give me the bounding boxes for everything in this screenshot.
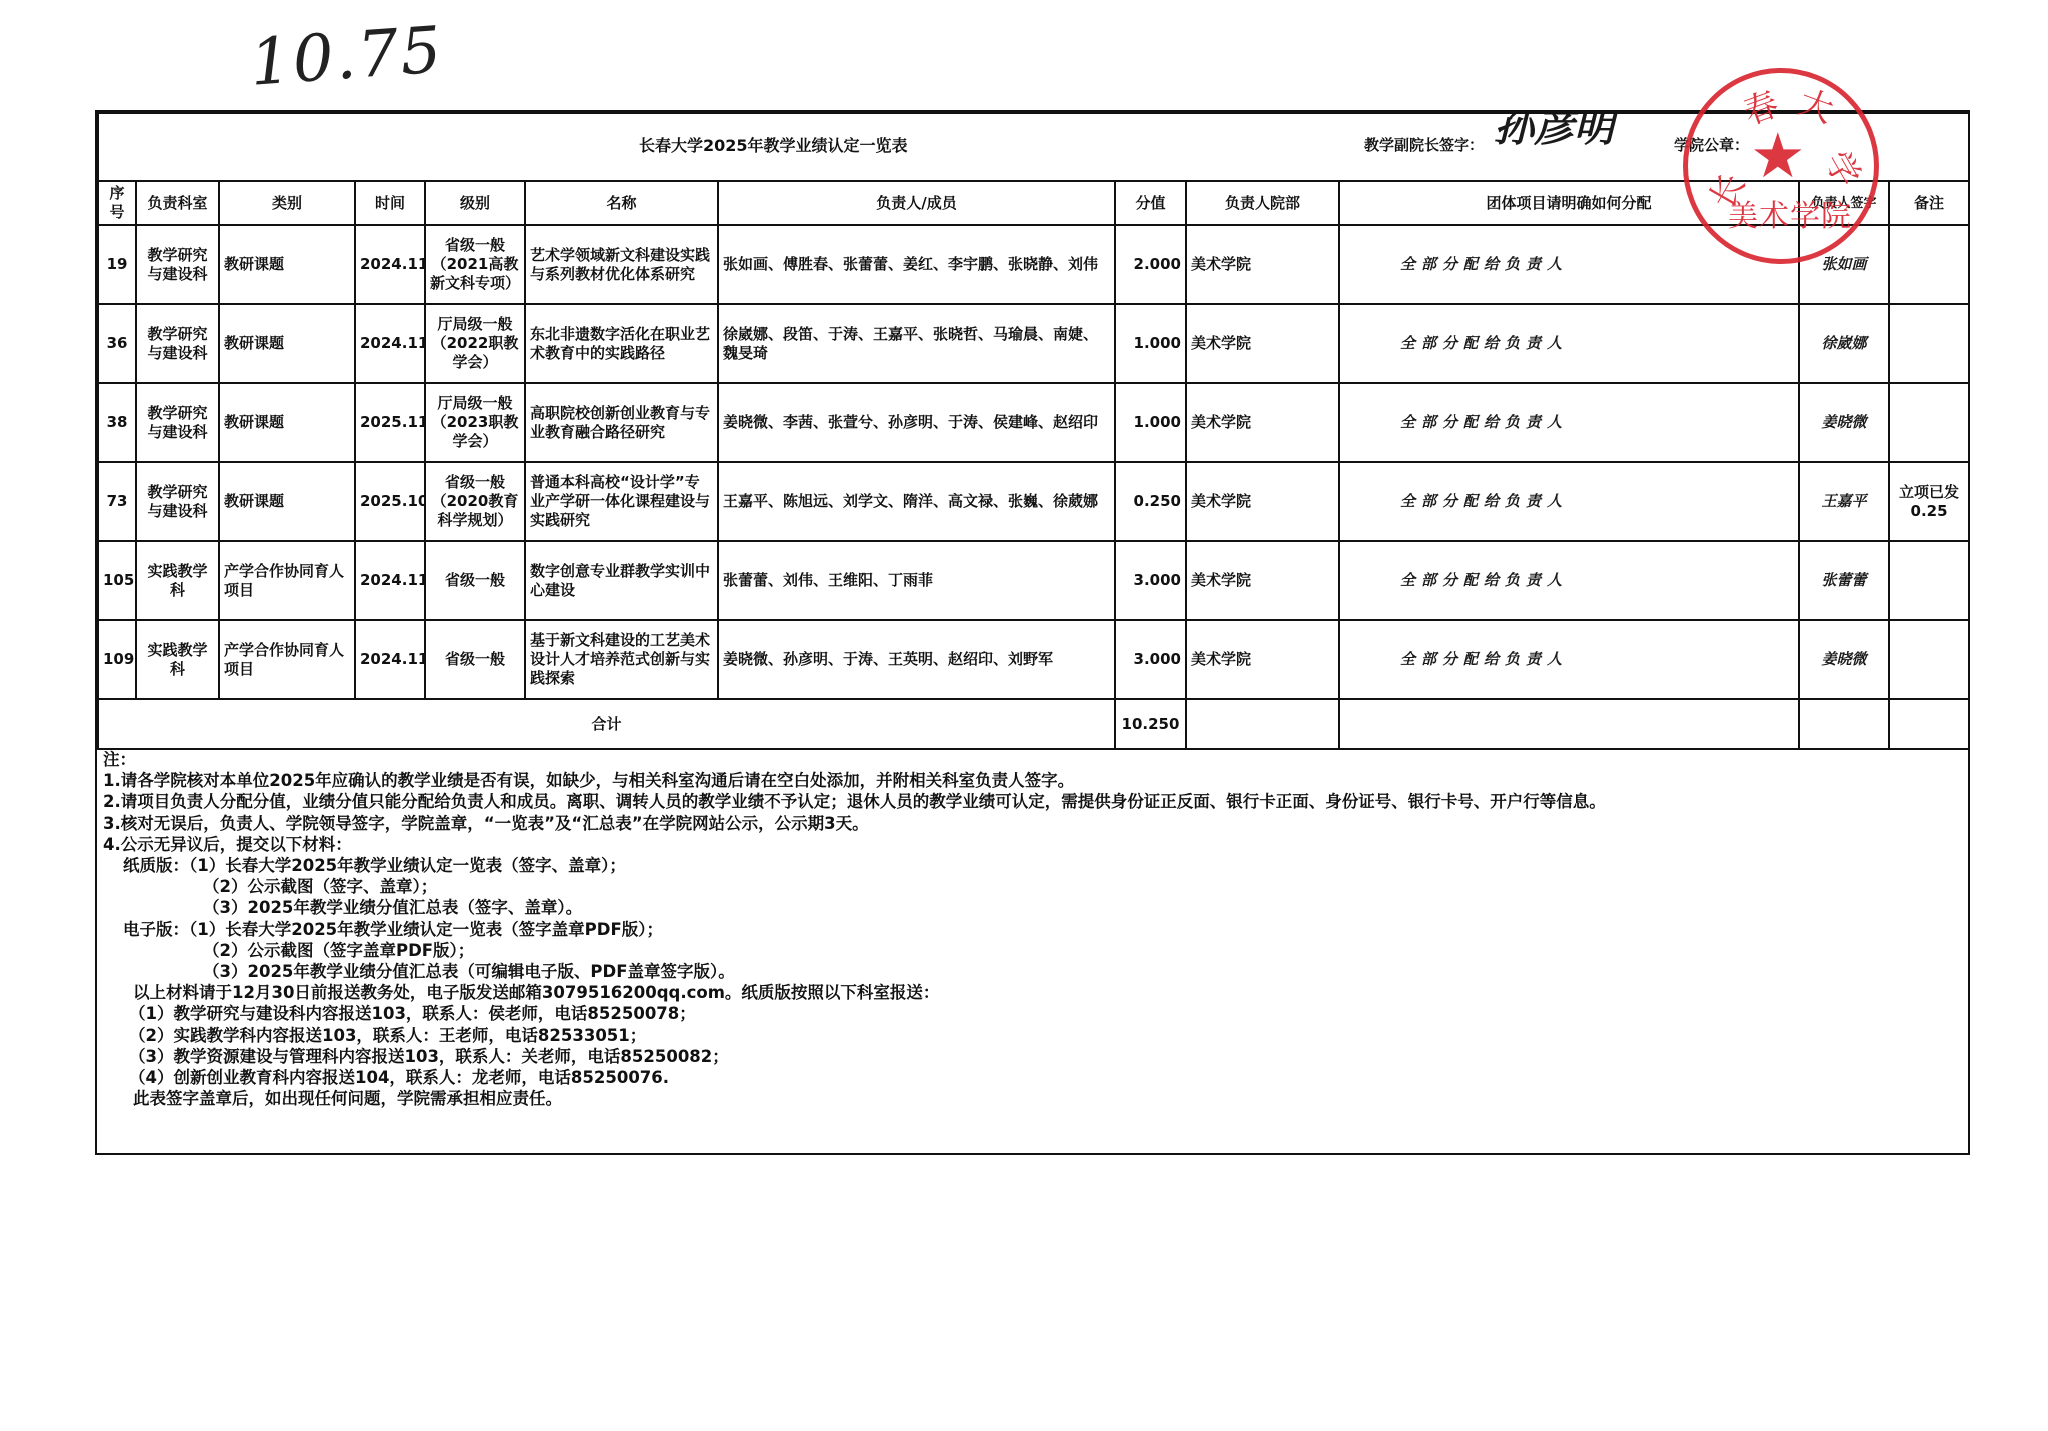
table-row: 73教学研究与建设科教研课题2025.10省级一般（2020教育科学规划）普通本… — [98, 462, 1969, 541]
contact-item: （1）教学研究与建设科内容报送103，联系人：侯老师，电话85250078； — [103, 1003, 1962, 1024]
cell-category: 产学合作协同育人项目 — [219, 620, 355, 699]
cell-name: 基于新文科建设的工艺美术设计人才培养范式创新与实践探索 — [525, 620, 718, 699]
note-item: 3.核对无误后，负责人、学院领导签字，学院盖章，“一览表”及“汇总表”在学院网站… — [103, 813, 1962, 834]
cell-score: 1.000 — [1115, 304, 1186, 383]
responsibility-note: 此表签字盖章后，如出现任何问题，学院需承担相应责任。 — [103, 1088, 1962, 1109]
contact-item: （3）教学资源建设与管理科内容报送103，联系人：关老师，电话85250082； — [103, 1046, 1962, 1067]
table-row: 105实践教学科产学合作协同育人项目2024.11省级一般数字创意专业群教学实训… — [98, 541, 1969, 620]
cell-remark — [1889, 225, 1969, 304]
cell-dept: 美术学院 — [1186, 620, 1339, 699]
contact-item: （2）实践教学科内容报送103，联系人：王老师，电话82533051； — [103, 1025, 1962, 1046]
electronic-item: （2）公示截图（签字盖章PDF版）； — [103, 940, 1962, 961]
cell-remark — [1889, 620, 1969, 699]
cell-dept: 美术学院 — [1186, 462, 1339, 541]
col-header: 负责人院部 — [1186, 181, 1339, 225]
cell-remark — [1889, 304, 1969, 383]
cell-name: 艺术学领域新文科建设实践与系列教材优化体系研究 — [525, 225, 718, 304]
cell-signature: 姜晓微 — [1799, 620, 1889, 699]
vice-dean-label: 教学副院长签字： — [1364, 136, 1484, 155]
cell-signature: 姜晓微 — [1799, 383, 1889, 462]
cell-allocation: 全部分配给负责人 — [1339, 541, 1799, 620]
performance-table: 长春大学2025年教学业绩认定一览表 教学副院长签字： 孙彦明 学院公章： 序号… — [97, 112, 1970, 750]
cell-members: 王嘉平、陈旭远、刘学文、隋洋、高文禄、张巍、徐葳娜 — [718, 462, 1115, 541]
cell-remark — [1889, 383, 1969, 462]
cell-allocation: 全部分配给负责人 — [1339, 620, 1799, 699]
cell-level: 省级一般（2021高教新文科专项） — [425, 225, 525, 304]
cell-level: 省级一般 — [425, 620, 525, 699]
cell-dept: 美术学院 — [1186, 304, 1339, 383]
cell-allocation: 全部分配给负责人 — [1339, 304, 1799, 383]
cell-category: 教研课题 — [219, 304, 355, 383]
cell-time: 2025.10 — [355, 462, 425, 541]
cell-members: 徐崴娜、段笛、于涛、王嘉平、张晓哲、马瑜晨、南婕、魏旻琦 — [718, 304, 1115, 383]
col-header: 负责人签字 — [1799, 181, 1889, 225]
note-item: 4.公示无异议后，提交以下材料： — [103, 834, 1962, 855]
table-row: 36教学研究与建设科教研课题2024.11厅局级一般（2022职教学会）东北非遗… — [98, 304, 1969, 383]
cell-signature: 张如画 — [1799, 225, 1889, 304]
electronic-item: 电子版：（1）长春大学2025年教学业绩认定一览表（签字盖章PDF版）； — [103, 919, 1962, 940]
cell-time: 2024.11 — [355, 620, 425, 699]
cell-no: 105 — [98, 541, 136, 620]
cell-dept: 美术学院 — [1186, 541, 1339, 620]
note-item: 2.请项目负责人分配分值，业绩分值只能分配给负责人和成员。离职、调转人员的教学业… — [103, 791, 1962, 812]
cell-allocation: 全部分配给负责人 — [1339, 225, 1799, 304]
col-header: 级别 — [425, 181, 525, 225]
cell-time: 2024.11 — [355, 541, 425, 620]
cell-name: 数字创意专业群教学实训中心建设 — [525, 541, 718, 620]
cell-office: 教学研究与建设科 — [136, 383, 219, 462]
table-row: 19教学研究与建设科教研课题2024.11省级一般（2021高教新文科专项）艺术… — [98, 225, 1969, 304]
cell-category: 教研课题 — [219, 225, 355, 304]
cell-signature: 张蕾蕾 — [1799, 541, 1889, 620]
cell-score: 1.000 — [1115, 383, 1186, 462]
paper-item: （3）2025年教学业绩分值汇总表（签字、盖章）。 — [103, 897, 1962, 918]
cell-members: 张如画、傅胜春、张蕾蕾、姜红、李宇鹏、张晓静、刘伟 — [718, 225, 1115, 304]
cell-dept: 美术学院 — [1186, 225, 1339, 304]
col-header: 负责科室 — [136, 181, 219, 225]
col-header: 类别 — [219, 181, 355, 225]
col-header: 备注 — [1889, 181, 1969, 225]
cell-remark: 立项已发0.25 — [1889, 462, 1969, 541]
cell-signature: 徐崴娜 — [1799, 304, 1889, 383]
paper-item: （2）公示截图（签字、盖章）； — [103, 876, 1962, 897]
cell-office: 实践教学科 — [136, 620, 219, 699]
col-header: 团体项目请明确如何分配 — [1339, 181, 1799, 225]
table-header: 序号 负责科室 类别 时间 级别 名称 负责人/成员 分值 负责人院部 团体项目… — [98, 181, 1969, 225]
table-row: 109实践教学科产学合作协同育人项目2024.11省级一般基于新文科建设的工艺美… — [98, 620, 1969, 699]
cell-members: 姜晓微、李茜、张萱兮、孙彦明、于涛、侯建峰、赵绍印 — [718, 383, 1115, 462]
cell-no: 19 — [98, 225, 136, 304]
electronic-item: （3）2025年教学业绩分值汇总表（可编辑电子版、PDF盖章签字版）。 — [103, 961, 1962, 982]
cell-score: 2.000 — [1115, 225, 1186, 304]
cell-no: 73 — [98, 462, 136, 541]
cell-name: 普通本科高校“设计学”专业产学研一体化课程建设与实践研究 — [525, 462, 718, 541]
cell-time: 2024.11 — [355, 304, 425, 383]
document-sheet: 长春大学2025年教学业绩认定一览表 教学副院长签字： 孙彦明 学院公章： 序号… — [95, 110, 1970, 1155]
document-title: 长春大学2025年教学业绩认定一览表 — [639, 136, 908, 155]
cell-no: 36 — [98, 304, 136, 383]
cell-name: 东北非遗数字活化在职业艺术教育中的实践路径 — [525, 304, 718, 383]
cell-category: 教研课题 — [219, 383, 355, 462]
cell-dept: 美术学院 — [1186, 383, 1339, 462]
col-header: 负责人/成员 — [718, 181, 1115, 225]
cell-category: 教研课题 — [219, 462, 355, 541]
cell-score: 0.250 — [1115, 462, 1186, 541]
cell-no: 109 — [98, 620, 136, 699]
cell-office: 实践教学科 — [136, 541, 219, 620]
table-row: 38教学研究与建设科教研课题2025.11厅局级一般（2023职教学会）高职院校… — [98, 383, 1969, 462]
handwritten-total: 10.75 — [248, 13, 446, 100]
contact-item: （4）创新创业教育科内容报送104，联系人：龙老师，电话85250076. — [103, 1067, 1962, 1088]
seal-label: 学院公章： — [1674, 136, 1749, 155]
notes-section: 注： 1.请各学院核对本单位2025年应确认的教学业绩是否有误，如缺少，与相关科… — [97, 737, 1968, 1121]
cell-time: 2025.11 — [355, 383, 425, 462]
vice-dean-signature: 孙彦明 — [1494, 118, 1614, 137]
cell-level: 省级一般（2020教育科学规划） — [425, 462, 525, 541]
col-header: 分值 — [1115, 181, 1186, 225]
cell-allocation: 全部分配给负责人 — [1339, 462, 1799, 541]
cell-office: 教学研究与建设科 — [136, 304, 219, 383]
cell-signature: 王嘉平 — [1799, 462, 1889, 541]
cell-time: 2024.11 — [355, 225, 425, 304]
cell-level: 省级一般 — [425, 541, 525, 620]
col-header: 名称 — [525, 181, 718, 225]
cell-score: 3.000 — [1115, 620, 1186, 699]
col-header: 时间 — [355, 181, 425, 225]
cell-no: 38 — [98, 383, 136, 462]
cell-remark — [1889, 541, 1969, 620]
cell-members: 姜晓微、孙彦明、于涛、王英明、赵绍印、刘野军 — [718, 620, 1115, 699]
submission-note: 以上材料请于12月30日前报送教务处，电子版发送邮箱3079516200qq.c… — [103, 982, 1962, 1003]
notes-heading: 注： — [103, 749, 1962, 770]
cell-score: 3.000 — [1115, 541, 1186, 620]
col-header: 序号 — [98, 181, 136, 225]
cell-office: 教学研究与建设科 — [136, 462, 219, 541]
cell-office: 教学研究与建设科 — [136, 225, 219, 304]
cell-level: 厅局级一般（2023职教学会） — [425, 383, 525, 462]
cell-members: 张蕾蕾、刘伟、王维阳、丁雨菲 — [718, 541, 1115, 620]
note-item: 1.请各学院核对本单位2025年应确认的教学业绩是否有误，如缺少，与相关科室沟通… — [103, 770, 1962, 791]
cell-level: 厅局级一般（2022职教学会） — [425, 304, 525, 383]
paper-item: 纸质版：（1）长春大学2025年教学业绩认定一览表（签字、盖章）； — [103, 855, 1962, 876]
cell-name: 高职院校创新创业教育与专业教育融合路径研究 — [525, 383, 718, 462]
cell-allocation: 全部分配给负责人 — [1339, 383, 1799, 462]
cell-category: 产学合作协同育人项目 — [219, 541, 355, 620]
